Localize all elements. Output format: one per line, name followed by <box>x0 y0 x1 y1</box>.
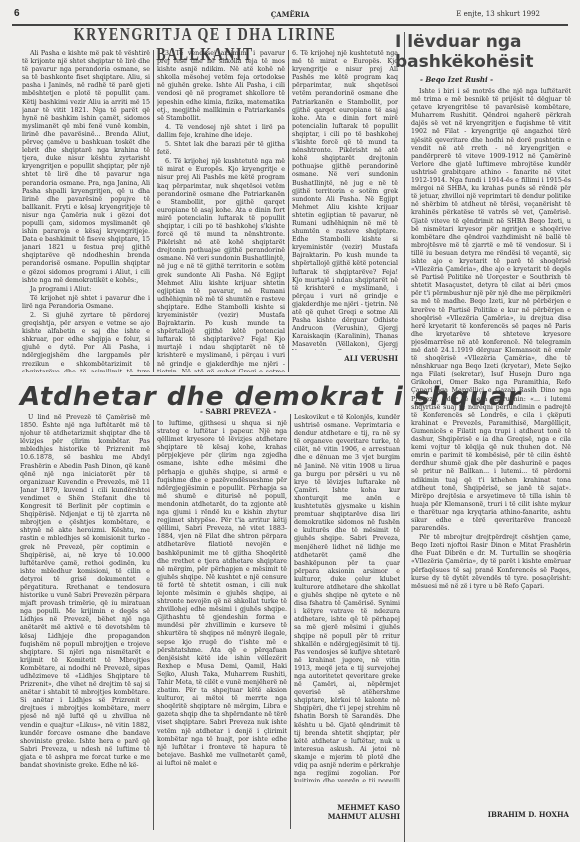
article3-byline: - SABRI PREVEZA - <box>200 407 276 416</box>
article2-byline: - Beqo Izet Rushi - <box>420 75 493 84</box>
page-header: 6 ÇAMËRIA E enjte, 13 shkurt 1992 <box>10 8 570 24</box>
article1-paragraph: 6. Të krijohej një kushtetutë nga më të … <box>157 158 285 372</box>
article3-paragraph: Leskovikut e të Kolonjës, kundër ushtris… <box>294 414 400 782</box>
article3-signature: MEHMET KASO MAHMUT ALUSHI <box>294 803 400 821</box>
article3-paragraph: U lind në Prevezë të Çamërisë më 1850. Ë… <box>20 414 150 770</box>
article1-paragraph: 3. Të vendosej arsimimi i pavarur prej f… <box>157 50 285 123</box>
article-separator <box>130 375 400 376</box>
article2-title-line1: I lëvduar nga <box>395 32 575 52</box>
article2-paragraph: Ishte i biri i së motrës dhe një nga luf… <box>411 88 571 533</box>
article2-body: Ishte i biri i së motrës dhe një nga luf… <box>411 88 571 788</box>
column-divider <box>290 414 291 829</box>
article1-paragraph: 6. Të krijohej një kushtetutë nga më të … <box>292 50 398 350</box>
column-divider <box>153 420 154 830</box>
article1-paragraph: Të krijohet një shtet i pavarur dhe i li… <box>22 295 150 311</box>
article3-signature-line1: MEHMET KASO <box>294 803 400 812</box>
column-divider <box>288 50 289 372</box>
article2-title-line2: bashkëkohësit <box>395 52 575 72</box>
article3-column-2: to luftime, gjithsesi u shqua si një str… <box>157 420 287 830</box>
article2-headline: I lëvduar nga bashkëkohësit <box>395 32 575 72</box>
article1-column-3: 6. Të krijohej një kushtetutë nga më të … <box>292 50 398 350</box>
article1-paragraph: 4. Të vendosej një shtet i lirë pa dalli… <box>157 124 285 140</box>
article-divider <box>404 32 405 842</box>
article1-paragraph: Ali Pasha e kishte më pak të vështirë të… <box>22 50 150 285</box>
issue-date: E enjte, 13 shkurt 1992 <box>456 10 540 18</box>
column-divider <box>153 50 154 372</box>
article1-paragraph: Ja programi i Aliut: <box>22 286 150 294</box>
newspaper-page: 6 ÇAMËRIA E enjte, 13 shkurt 1992 KRYENG… <box>0 0 580 842</box>
article1-column-1: Ali Pasha e kishte më pak të vështirë të… <box>22 50 150 372</box>
article1-paragraph: 2. Si gjuhë zyrtare të përdorej greqisht… <box>22 312 150 372</box>
article3-signature-line2: MAHMUT ALUSHI <box>294 812 400 821</box>
article2-paragraph: Për të mbrojtur drejtpërdrejt cështjen ç… <box>411 534 571 591</box>
article1-signature: ALI VERUSHI <box>300 354 398 363</box>
article2-signature: IBRAHIM D. HOXHA <box>411 810 569 819</box>
article3-paragraph: to luftime, gjithsesi u shqua si një str… <box>157 420 287 768</box>
article1-paragraph: 5. Shtet lak dhe barazi për të gjitha fe… <box>157 141 285 157</box>
article1-column-2: 3. Të vendosej arsimimi i pavarur prej f… <box>157 50 285 372</box>
article3-column-3: Leskovikut e të Kolonjës, kundër ushtris… <box>294 414 400 782</box>
article3-column-1: U lind në Prevezë të Çamërisë më 1850. Ë… <box>20 414 150 832</box>
